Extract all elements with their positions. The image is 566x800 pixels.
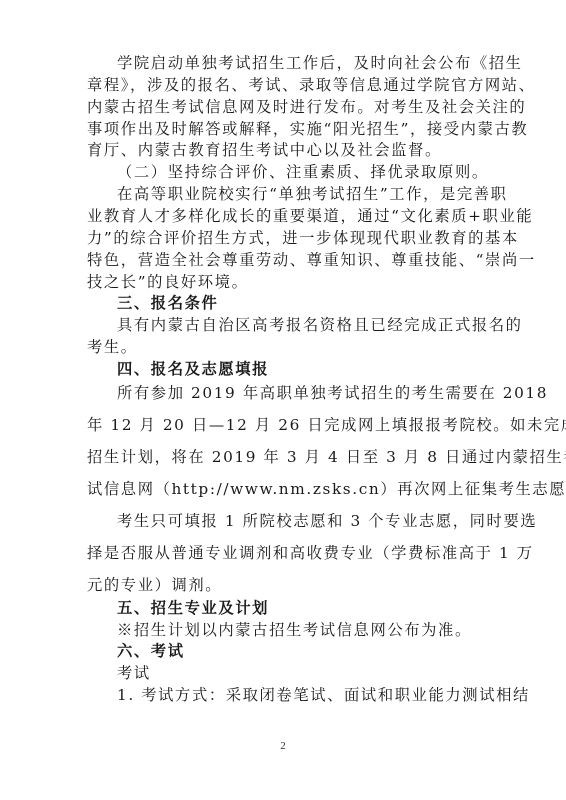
text-line: 业教育人才多样化成长的重要渠道，通过“文化素质+职业能 bbox=[87, 206, 487, 226]
text-line: 试信息网（http://www.nm.zsks.cn）再次网上征集考生志愿。 bbox=[87, 479, 487, 499]
text-line: 技之长”的良好环境。 bbox=[87, 272, 487, 292]
text-line: 事项作出及时解答或解释，实施“阳光招生”，接受内蒙古教 bbox=[87, 119, 487, 139]
text-line: 考生。 bbox=[87, 337, 487, 357]
text-line: 元的专业）调剂。 bbox=[87, 575, 487, 595]
section-heading: 四、报名及志愿填报 bbox=[117, 359, 487, 379]
section-heading: 三、报名条件 bbox=[117, 293, 487, 313]
text-line: 具有内蒙古自治区高考报名资格且已经完成正式报名的 bbox=[117, 315, 487, 335]
section-heading: 五、招生专业及计划 bbox=[117, 598, 487, 618]
text-line: 在高等职业院校实行“单独考试招生”工作，是完善职 bbox=[117, 184, 487, 204]
text-line: 考生只可填报 1 所院校志愿和 3 个专业志愿，同时要选 bbox=[117, 511, 487, 531]
text-line: 力”的综合评价招生方式，进一步体现现代职业教育的基本 bbox=[87, 228, 487, 248]
text-line: 育厅、内蒙古教育招生考试中心以及社会监督。 bbox=[87, 140, 487, 160]
text-line: 考试 bbox=[117, 663, 487, 683]
text-line: 招生计划，将在 2019 年 3 月 4 日至 3 月 8 日通过内蒙招生考 bbox=[87, 447, 487, 467]
text-line: 章程》，涉及的报名、考试、录取等信息通过学院官方网站、 bbox=[87, 75, 487, 95]
page-number: 2 bbox=[0, 740, 566, 752]
text-line: （二）坚持综合评价、注重素质、择优录取原则。 bbox=[117, 162, 487, 182]
text-line: 1. 考试方式：采取闭卷笔试、面试和职业能力测试相结 bbox=[117, 685, 487, 705]
document-page: 学院启动单独考试招生工作后，及时向社会公布《招生章程》，涉及的报名、考试、录取等… bbox=[0, 0, 566, 800]
text-line: 年 12 月 20 日—12 月 26 日完成网上填报报考院校。如未完成 bbox=[87, 415, 487, 435]
text-line: 所有参加 2019 年高职单独考试招生的考生需要在 2018 bbox=[117, 383, 487, 403]
text-line: 学院启动单独考试招生工作后，及时向社会公布《招生 bbox=[117, 53, 487, 73]
text-line: ※招生计划以内蒙古招生考试信息网公布为准。 bbox=[117, 620, 487, 640]
section-heading: 六、考试 bbox=[117, 641, 487, 661]
text-line: 内蒙古招生考试信息网及时进行发布。对考生及社会关注的 bbox=[87, 97, 487, 117]
text-line: 择是否服从普通专业调剂和高收费专业（学费标准高于 1 万 bbox=[87, 543, 487, 563]
text-line: 特色，营造全社会尊重劳动、尊重知识、尊重技能、“崇尚一 bbox=[87, 250, 487, 270]
